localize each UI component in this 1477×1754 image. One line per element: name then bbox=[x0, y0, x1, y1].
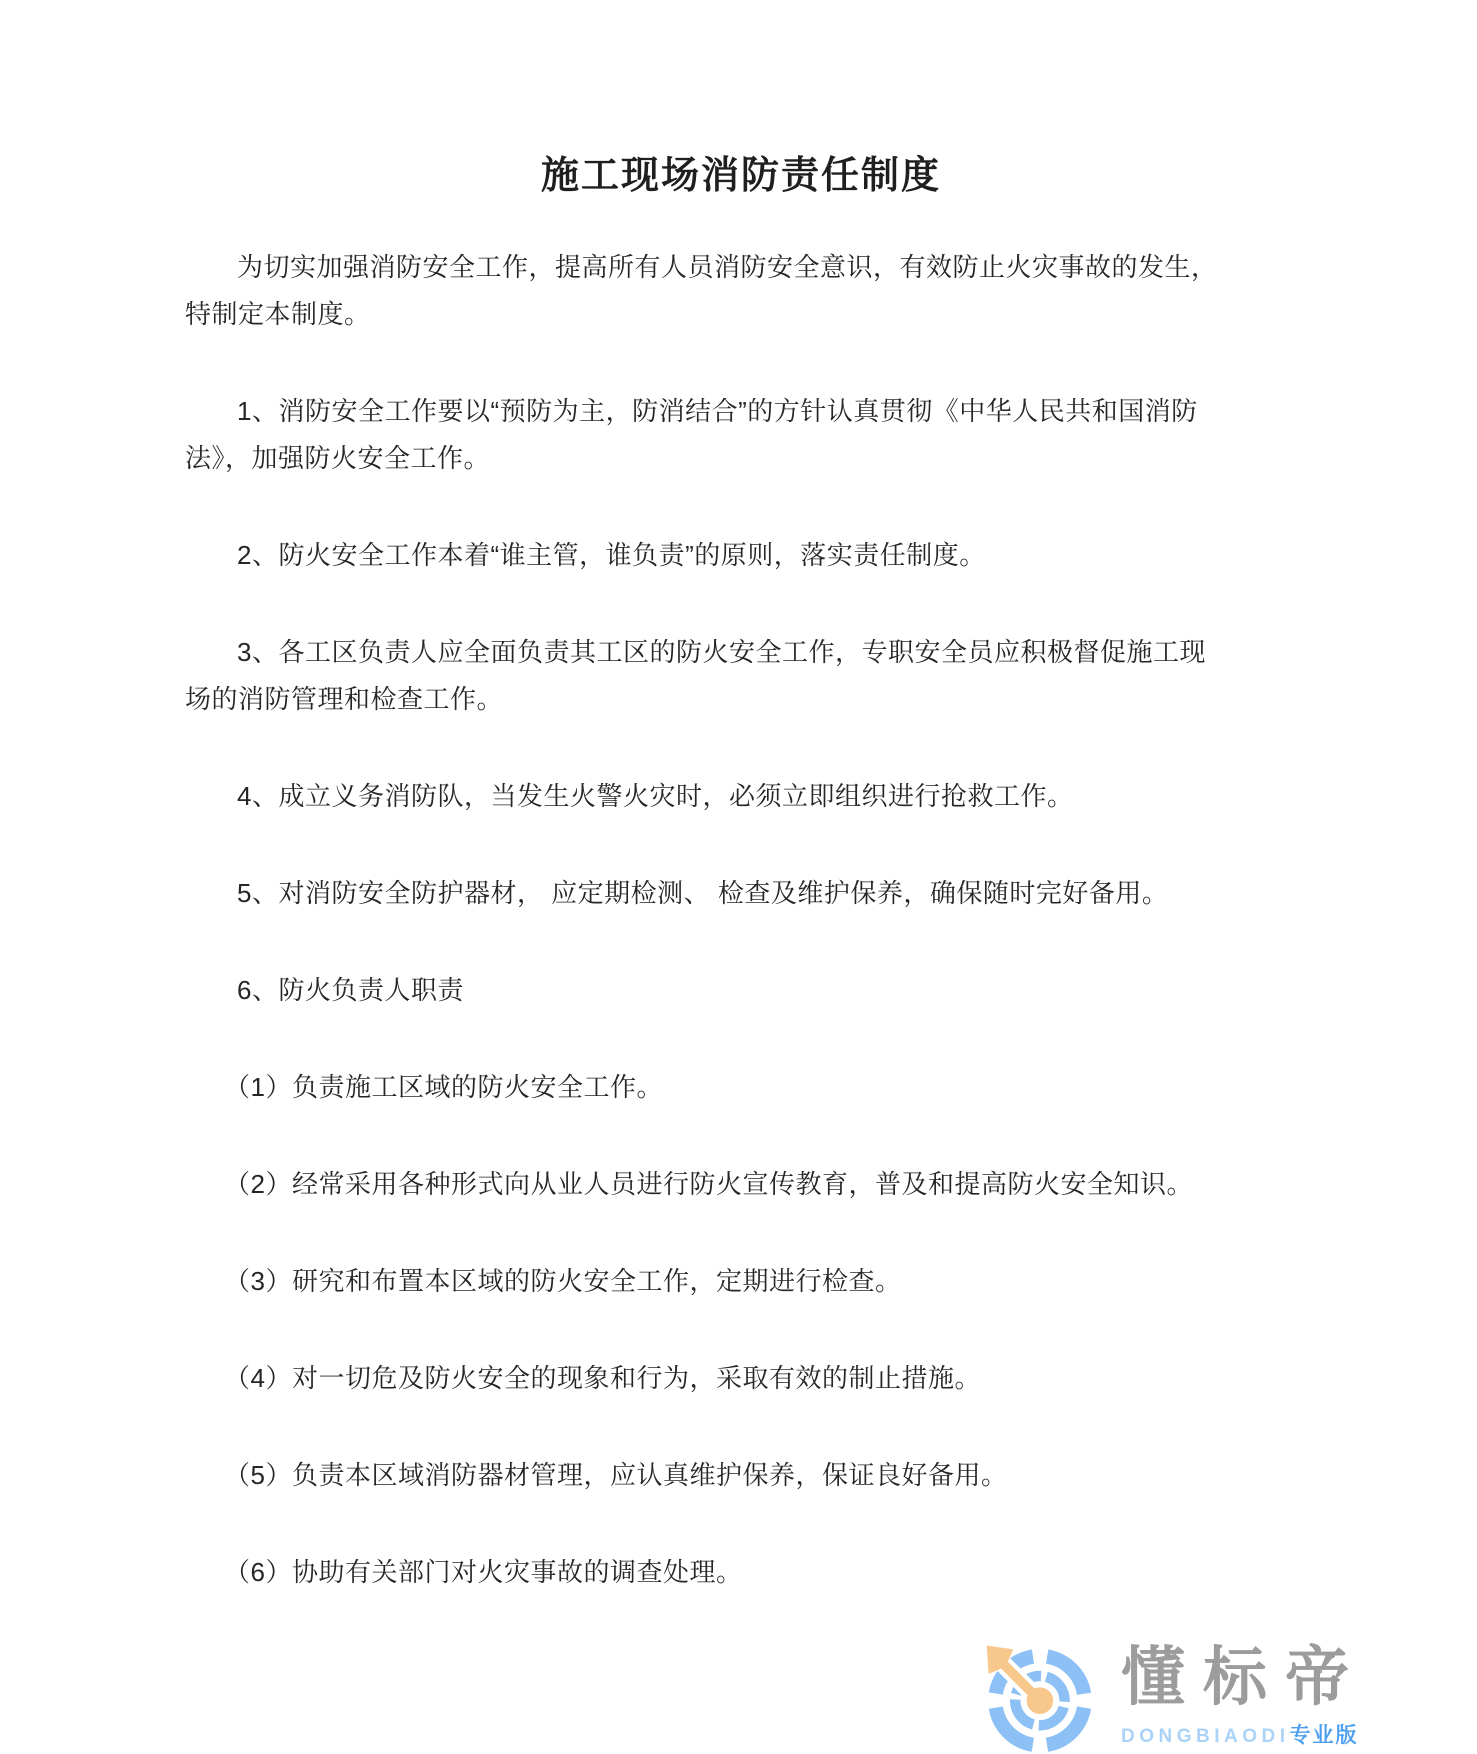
subitem-2: （2）经常采用各种形式向从业人员进行防火宣传教育，普及和提高防火安全知识。 bbox=[185, 1161, 1297, 1208]
item-1: 1、消防安全工作要以“预防为主，防消结合”的方针认真贯彻《中华人民共和国消防 法… bbox=[185, 388, 1297, 482]
document-page: 施工现场消防责任制度 为切实加强消防安全工作，提高所有人员消防安全意识，有效防止… bbox=[0, 0, 1477, 1754]
item-3: 3、各工区负责人应全面负责其工区的防火安全工作，专职安全员应积极督促施工现 场的… bbox=[185, 629, 1297, 723]
item-2: 2、防火安全工作本着“谁主管，谁负责”的原则，落实责任制度。 bbox=[185, 532, 1297, 579]
watermark-edition-badge: 专业版 bbox=[1290, 1719, 1359, 1749]
item-6: 6、防火负责人职责 bbox=[185, 967, 1297, 1014]
subitem-6: （6）协助有关部门对火灾事故的调查处理。 bbox=[185, 1549, 1297, 1596]
subitem-1: （1）负责施工区域的防火安全工作。 bbox=[185, 1064, 1297, 1111]
intro-paragraph: 为切实加强消防安全工作，提高所有人员消防安全意识，有效防止火灾事故的发生， 特制… bbox=[185, 244, 1297, 338]
watermark-brand-name: 懂标帝 bbox=[1121, 1645, 1367, 1709]
item-5: 5、对消防安全防护器材， 应定期检测、 检查及维护保养，确保随时完好备用。 bbox=[185, 870, 1297, 917]
document-title: 施工现场消防责任制度 bbox=[185, 150, 1297, 202]
subitem-5: （5）负责本区域消防器材管理，应认真维护保养，保证良好备用。 bbox=[185, 1452, 1297, 1499]
watermark-brand-latin: DONGBIAODI bbox=[1121, 1726, 1290, 1748]
watermark: 懂标帝 DONGBIAODI 专业版 bbox=[981, 1634, 1367, 1754]
watermark-subline: DONGBIAODI 专业版 bbox=[1121, 1719, 1367, 1749]
watermark-text-block: 懂标帝 DONGBIAODI 专业版 bbox=[1121, 1645, 1367, 1754]
item-4: 4、成立义务消防队，当发生火警火灾时，必须立即组织进行抢救工作。 bbox=[185, 773, 1297, 820]
subitem-3: （3）研究和布置本区域的防火安全工作，定期进行检查。 bbox=[185, 1258, 1297, 1305]
dongbiaodi-target-dart-icon bbox=[981, 1634, 1095, 1754]
subitem-4: （4）对一切危及防火安全的现象和行为，采取有效的制止措施。 bbox=[185, 1355, 1297, 1402]
